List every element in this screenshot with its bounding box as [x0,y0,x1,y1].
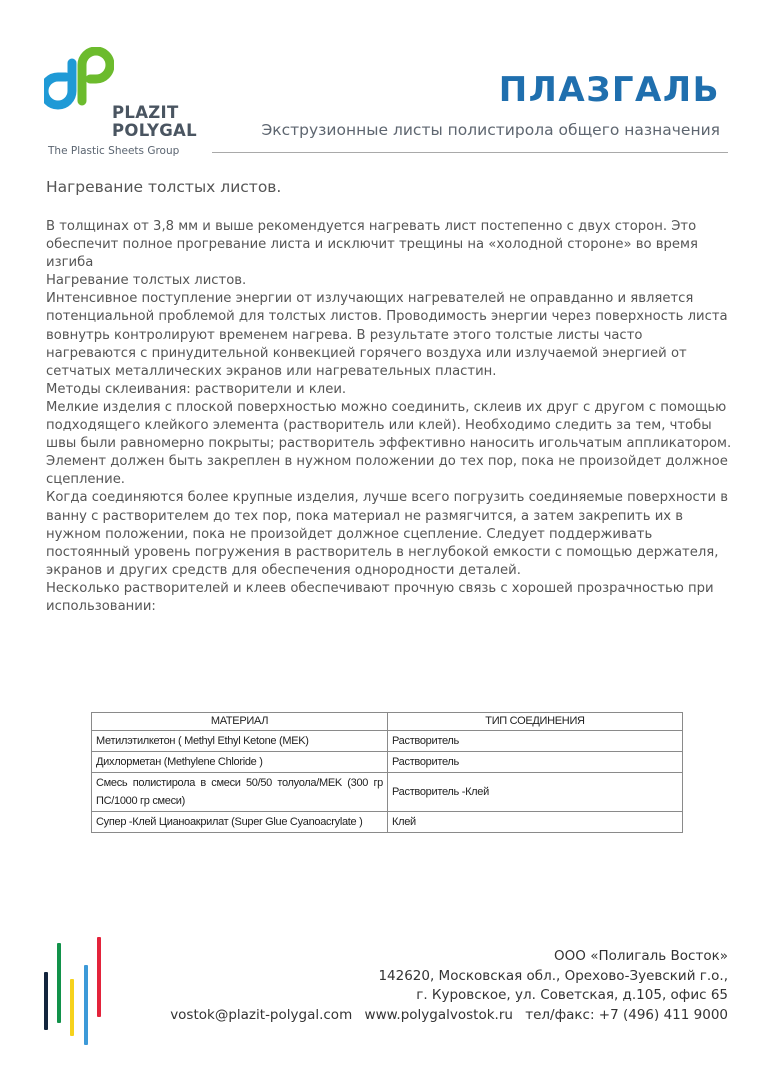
footer-address-line2: г. Куровское, ул. Советская, д.105, офис… [170,986,728,1006]
decor-bar-navy [44,972,48,1030]
plazit-polygal-logo-icon [44,47,114,117]
cell-joint-type: Растворитель [388,752,683,773]
cell-joint-type: Клей [388,812,683,833]
cell-joint-type: Растворитель [388,731,683,752]
materials-table: МАТЕРИАЛ ТИП СОЕДИНЕНИЯ Метилэтилкетон (… [91,712,683,833]
cell-material: Супер -Клей Цианоакрилат (Super Glue Cya… [92,812,388,833]
footer-contacts-line: vostok@plazit-polygal.com www.polygalvos… [170,1006,728,1026]
paragraph: Мелкие изделия с плоской поверхностью мо… [46,399,736,489]
footer-phone: тел/факс: +7 (496) 411 9000 [525,1007,728,1023]
paragraph: Когда соединяются более крупные изделия,… [46,489,736,579]
column-header-material: МАТЕРИАЛ [92,713,388,731]
table-row: Метилэтилкетон ( Methyl Ethyl Ketone (ME… [92,731,683,752]
header-divider [212,152,728,153]
cell-material: Дихлорметан (Methylene Chloride ) [92,752,388,773]
section-title: Нагревание толстых листов. [46,178,281,196]
cell-material: Смесь полистирола в смеси 50/50 толуола/… [92,773,388,812]
footer-contacts: ООО «Полигаль Восток» 142620, Московская… [170,947,728,1025]
decor-bar-blue [84,965,88,1045]
decor-bar-green [57,943,61,1023]
footer-email-link[interactable]: vostok@plazit-polygal.com [170,1007,352,1023]
paragraph: В толщинах от 3,8 мм и выше рекомендуетс… [46,218,736,272]
logo-name-line1: PLAZIT [112,104,197,122]
decor-bar-yellow [70,979,74,1036]
footer-website-link[interactable]: www.polygalvostok.ru [365,1007,513,1023]
cell-material: Метилэтилкетон ( Methyl Ethyl Ketone (ME… [92,731,388,752]
brand-title: ПЛАЗГАЛЬ [499,70,720,110]
logo-name-line2: POLYGAL [112,122,197,140]
footer-address-line1: 142620, Московская обл., Орехово-Зуевски… [170,967,728,987]
brand-subtitle: Экструзионные листы полистирола общего н… [261,121,720,139]
table-row: Дихлорметан (Methylene Chloride ) Раство… [92,752,683,773]
footer-company: ООО «Полигаль Восток» [170,947,728,967]
paragraph: Методы склеивания: растворители и клеи. [46,381,736,399]
table-row: Смесь полистирола в смеси 50/50 толуола/… [92,773,683,812]
paragraph: Нагревание толстых листов. [46,272,736,290]
company-logo: PLAZIT POLYGAL The Plastic Sheets Group [44,47,204,162]
body-text: В толщинах от 3,8 мм и выше рекомендуетс… [46,218,736,616]
decorative-bars [40,930,110,1050]
table-header-row: МАТЕРИАЛ ТИП СОЕДИНЕНИЯ [92,713,683,731]
decor-bar-red [97,937,101,1017]
cell-joint-type: Растворитель -Клей [388,773,683,812]
paragraph: Несколько растворителей и клеев обеспечи… [46,580,736,616]
logo-tagline: The Plastic Sheets Group [48,145,179,157]
table-row: Супер -Клей Цианоакрилат (Super Glue Cya… [92,812,683,833]
paragraph: Интенсивное поступление энергии от излуч… [46,290,736,380]
logo-wordmark: PLAZIT POLYGAL [112,104,197,140]
column-header-joint-type: ТИП СОЕДИНЕНИЯ [388,713,683,731]
